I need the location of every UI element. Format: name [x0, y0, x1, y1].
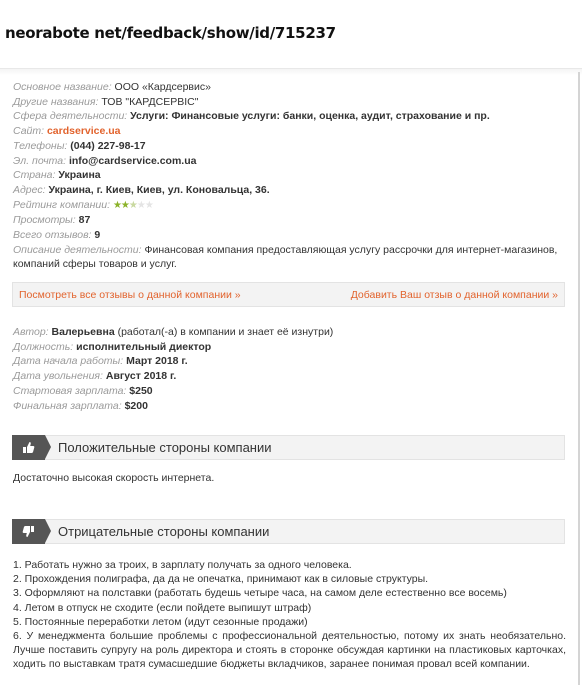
field-end-date: Дата увольнения: Август 2018 г. [13, 369, 573, 384]
field-start-date: Дата начала работы: Март 2018 г. [13, 354, 573, 369]
page-url-title: neorabote net/feedback/show/id/715237 [5, 24, 336, 42]
field-address: Адрес: Украина, г. Киев, Киев, ул. Конов… [13, 183, 573, 198]
field-value: 9 [94, 229, 100, 241]
section-title: Положительные стороны компании [58, 440, 272, 455]
list-item: 6. У менеджмента большие проблемы с проф… [13, 629, 566, 672]
negative-list: 1. Работать нужно за троих, в зарплату п… [13, 558, 566, 672]
field-phones: Телефоны: (044) 227-98-17 [13, 139, 573, 154]
field-label: Стартовая зарплата: [13, 385, 126, 397]
field-website: Сайт: cardservice.ua [13, 124, 573, 139]
author-name: Валерьевна [52, 326, 115, 338]
field-value: (044) 227-98-17 [70, 140, 145, 152]
field-label: Адрес: [13, 184, 46, 196]
thumbs-down-badge [12, 519, 45, 544]
scrollbar-edge[interactable] [578, 72, 580, 685]
field-value: ТОВ "КАРДСЕРВІС" [101, 96, 198, 108]
field-label: Страна: [13, 169, 55, 181]
thumbs-up-badge [12, 435, 45, 460]
author-note: (работал(-а) в компании и знает её изнут… [115, 326, 334, 338]
list-item: 4. Летом в отпуск не сходите (если пойде… [13, 601, 566, 615]
field-label: Всего отзывов: [13, 229, 91, 241]
field-value: ООО «Кардсервис» [115, 81, 211, 93]
field-value: Услуги: Финансовые услуги: банки, оценка… [130, 110, 490, 122]
field-final-salary: Финальная зарплата: $200 [13, 399, 573, 414]
star-icon: ★ [129, 200, 137, 211]
field-label: Финальная зарплата: [13, 400, 122, 412]
field-country: Страна: Украина [13, 168, 573, 183]
field-value: Март 2018 г. [126, 355, 188, 367]
star-icon: ★ [145, 200, 153, 211]
field-label: Описание деятельности: [13, 244, 142, 256]
field-label: Другие названия: [13, 96, 98, 108]
field-total-reviews: Всего отзывов: 9 [13, 228, 573, 243]
field-value: Август 2018 г. [106, 370, 176, 382]
field-label: Основное название: [13, 81, 112, 93]
field-value: 87 [79, 214, 91, 226]
field-value: Украина, г. Киев, Киев, ул. Коновальца, … [48, 184, 269, 196]
star-icon: ★ [121, 200, 129, 211]
field-value: info@cardservice.com.ua [69, 155, 197, 167]
field-label: Рейтинг компании: [13, 199, 110, 211]
field-label: Дата начала работы: [13, 355, 123, 367]
list-item: 2. Прохождения полиграфа, да да не опеча… [13, 572, 566, 586]
review-meta: Автор: Валерьевна (работал(-а) в компани… [13, 325, 573, 413]
website-link[interactable]: cardservice.ua [47, 125, 121, 137]
company-info: Основное название: ООО «Кардсервис» Друг… [13, 80, 573, 272]
field-value: исполнительный диектор [76, 341, 211, 353]
field-label: Сфера деятельности: [13, 110, 127, 122]
field-author: Автор: Валерьевна (работал(-а) в компани… [13, 325, 573, 340]
rating-stars: ★★★★★ [113, 199, 153, 214]
add-review-link[interactable]: Добавить Ваш отзыв о данной компании » [351, 289, 558, 301]
field-value: $200 [125, 400, 148, 412]
thumbs-up-icon [22, 441, 35, 454]
field-rating: Рейтинг компании: ★★★★★ [13, 198, 573, 214]
field-email: Эл. почта: info@cardservice.com.ua [13, 154, 573, 169]
field-label: Просмотры: [13, 214, 76, 226]
field-label: Телефоны: [13, 140, 67, 152]
negative-section-header: Отрицательные стороны компании [12, 519, 565, 544]
view-all-reviews-link[interactable]: Посмотреть все отзывы о данной компании … [19, 289, 241, 301]
field-label: Эл. почта: [13, 155, 66, 167]
field-value: $250 [129, 385, 152, 397]
star-icon: ★ [137, 200, 145, 211]
section-title: Отрицательные стороны компании [58, 524, 269, 539]
thumbs-down-icon [22, 525, 35, 538]
field-description: Описание деятельности: Финансовая компан… [13, 243, 573, 272]
list-item: 5. Постоянные переработки летом (идут се… [13, 615, 566, 629]
star-icon: ★ [113, 200, 121, 211]
field-views: Просмотры: 87 [13, 213, 573, 228]
field-main-name: Основное название: ООО «Кардсервис» [13, 80, 573, 95]
field-position: Должность: исполнительный диектор [13, 340, 573, 355]
company-links-bar: Посмотреть все отзывы о данной компании … [12, 282, 565, 307]
positive-text: Достаточно высокая скорость интернета. [13, 472, 214, 484]
field-label: Должность: [13, 341, 73, 353]
list-item: 3. Оформляют на полставки (работать буде… [13, 586, 566, 600]
field-other-names: Другие названия: ТОВ "КАРДСЕРВІС" [13, 95, 573, 110]
field-industry: Сфера деятельности: Услуги: Финансовые у… [13, 109, 573, 124]
field-value: Украина [58, 169, 100, 181]
field-label: Автор: [13, 326, 49, 338]
field-label: Дата увольнения: [13, 370, 103, 382]
list-item: 1. Работать нужно за троих, в зарплату п… [13, 558, 566, 572]
field-label: Сайт: [13, 125, 44, 137]
field-start-salary: Стартовая зарплата: $250 [13, 384, 573, 399]
positive-section-header: Положительные стороны компании [12, 435, 565, 460]
